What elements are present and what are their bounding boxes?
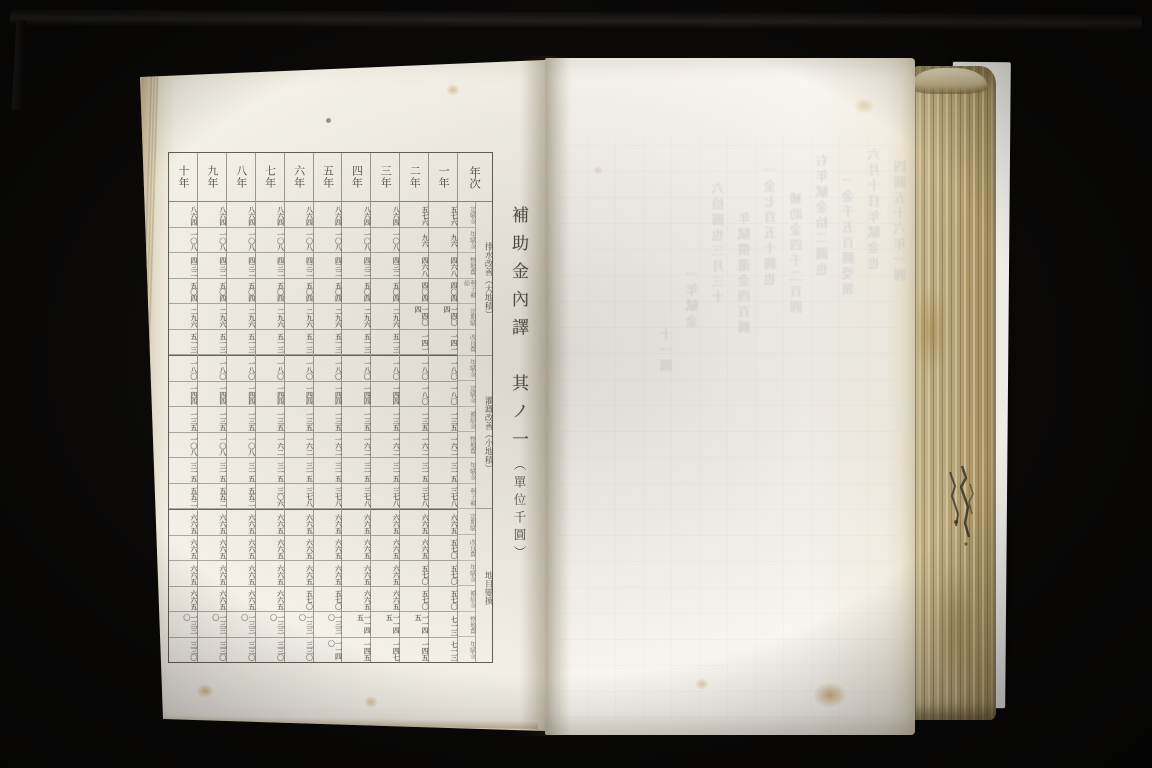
table-cell: 一三三〇	[285, 612, 313, 638]
table-cell: 一〇八	[314, 228, 342, 254]
table-cell: 一三三〇	[227, 612, 255, 638]
table-cell: 二九六	[198, 304, 226, 330]
row-group-labels: 排水改善（大地積）灌漑改善（小地積）地目變換	[476, 202, 493, 662]
table-cell: 一八〇	[429, 355, 457, 382]
table-cell: 六六五	[342, 561, 370, 587]
table-cell: 五〇四	[169, 279, 197, 305]
table-cell: 六六五	[314, 509, 342, 536]
table-cell: 六六五	[169, 536, 197, 562]
table-cell: 二九六	[314, 304, 342, 330]
table-cell: 一八〇	[314, 355, 342, 382]
table-cell: 三七八	[314, 484, 342, 510]
row-item-label: 補給金	[458, 407, 475, 433]
row-item-label: 定賦金	[458, 381, 475, 407]
row-item-label: 年賦金	[458, 356, 475, 382]
row-item-label: 定期賦	[458, 304, 475, 330]
table-cell: 六六五	[314, 536, 342, 562]
row-group-label: 排水改善（大地積）	[476, 202, 493, 356]
unit-note: （單位千圓）	[510, 458, 528, 648]
table-cell: 二九六	[256, 304, 284, 330]
table-cell: 一三五	[227, 407, 255, 433]
row-item-label: 整地費	[458, 612, 475, 638]
column-header-year: 一年	[429, 153, 457, 202]
table-cell: 五〇四	[371, 279, 399, 305]
table-cell: 一八〇	[400, 355, 428, 382]
table-cell: 五七〇	[400, 587, 428, 613]
table-cell: 一〇八	[256, 228, 284, 254]
table-cell: 六六五	[256, 587, 284, 613]
table-cell: 六六五	[285, 561, 313, 587]
column-header-year: 三年	[371, 153, 399, 202]
table-cell: 一八〇	[169, 355, 197, 382]
table-cell: 五七六	[429, 202, 457, 228]
table-cell: 二九六	[169, 304, 197, 330]
table-cell: 三〇六	[256, 484, 284, 510]
table-cell: 一〇八	[169, 228, 197, 254]
table-cell: 五七〇	[429, 587, 457, 613]
table-cell: 六六五	[400, 536, 428, 562]
table-cell: 二九六	[285, 304, 313, 330]
table-cell: 一三五	[285, 407, 313, 433]
table-cell: 五〇四	[198, 279, 226, 305]
table-cell: 一三三〇	[198, 612, 226, 638]
table-cell: 三三〇	[169, 638, 197, 663]
table-cell: 一四五	[342, 638, 370, 663]
pencil-scribble	[944, 464, 978, 584]
row-group-label: 地目變換	[476, 509, 493, 662]
year-column: 六年八六四一〇八四三二五〇四二九六五一三一八〇一四四一三五一六二三一五三七八六六…	[285, 153, 314, 662]
table-cell: 四三二	[198, 253, 226, 279]
row-item-label: 定期賦	[458, 509, 475, 535]
table-cell: 四〇四	[400, 279, 428, 305]
table-cell: 一〇八	[342, 228, 370, 254]
table-cell: 六六五	[400, 509, 428, 536]
column-header-year: 二年	[400, 153, 428, 202]
table-cell: 三一五	[169, 458, 197, 484]
table-cell: 一一四五	[342, 612, 370, 638]
table-cell: 六六五	[198, 509, 226, 536]
year-column: 五年八六四一〇八四三二五〇四二九六五一三一八〇一四四一三五一六二三一五三七八六六…	[314, 153, 343, 662]
left-page-bottom-edge	[148, 715, 538, 729]
row-item-label: 利子補	[458, 484, 475, 510]
table-cell: 三三〇	[227, 638, 255, 663]
table-cell: 一八〇	[400, 382, 428, 408]
table-cell: 七一三	[429, 612, 457, 638]
table-cell: 二九六	[342, 304, 370, 330]
table-cell: 一八〇	[342, 355, 370, 382]
table-cell: 三三〇	[198, 638, 226, 663]
table-cell: 三七八	[429, 484, 457, 510]
table-cell: 一四四	[169, 382, 197, 408]
year-column: 九年八六四一〇八四三二五〇四二九六五一三一八〇一四四一三五一〇八三一五五五二六六…	[198, 153, 227, 662]
table-cell: 一八〇	[285, 355, 313, 382]
row-item-label: 改良費	[458, 535, 475, 561]
table-cell: 四六八	[429, 253, 457, 279]
table-cell: 六六五	[169, 587, 197, 613]
table-cell: 一三五	[256, 407, 284, 433]
row-item-label: 補給金	[458, 586, 475, 612]
table-cell: 一〇八	[227, 228, 255, 254]
photograph-of-archival-book: 四圓五十六年一圓六月十日年賦金也一金千五百圓受領右年賦金拾二圓也補助金四千二百圓…	[0, 0, 1152, 768]
table-cell: 三一五	[429, 458, 457, 484]
table-cell: 一四四	[227, 382, 255, 408]
row-item-label: 改良費	[458, 330, 475, 356]
row-item-label: 年賦金	[458, 637, 475, 662]
table-cell: 三一五	[371, 458, 399, 484]
table-cell: 五七〇	[400, 561, 428, 587]
table-cell: 二九六	[227, 304, 255, 330]
table-cell: 一六二	[371, 433, 399, 459]
table-cell: 三七八	[285, 484, 313, 510]
table-cell: 一六二	[342, 433, 370, 459]
table-cell: 四六八	[400, 253, 428, 279]
table-cell: 五五二	[227, 484, 255, 510]
table-cell: 六六五	[285, 509, 313, 536]
table-cell: 六六五	[371, 509, 399, 536]
table-cell: 一八〇	[227, 355, 255, 382]
page-curl	[910, 68, 988, 94]
table-cell: 一三三〇	[169, 612, 197, 638]
table-cell: 一八〇	[429, 382, 457, 408]
stain	[853, 98, 875, 114]
table-cell: 一三五	[198, 407, 226, 433]
table-cell: 五五二	[198, 484, 226, 510]
table-cell: 六六五	[342, 509, 370, 536]
display-tray-edge-left	[12, 20, 27, 110]
right-page: 四圓五十六年一圓六月十日年賦金也一金千五百圓受領右年賦金拾二圓也補助金四千二百圓…	[545, 58, 915, 735]
table-cell: 三三〇	[256, 638, 284, 663]
column-header-year: 九年	[198, 153, 226, 202]
table-cell: 六六五	[256, 536, 284, 562]
table-cell: 五〇四	[256, 279, 284, 305]
table-cell: 一三五	[169, 407, 197, 433]
stain	[364, 696, 378, 708]
table-cell: 一四四	[371, 382, 399, 408]
table-cell: 四三二	[342, 253, 370, 279]
table-cell: 一四四	[285, 382, 313, 408]
table-cell: 四三二	[285, 253, 313, 279]
table-cell: 八六四	[314, 202, 342, 228]
table-cell: 一三五	[400, 407, 428, 433]
table-cell: 一六二	[400, 433, 428, 459]
year-column: 七年八六四一〇八四三二五〇四二九六五一三一八〇一四四一三五一六二三一五三〇六六六…	[256, 153, 285, 662]
table-cell: 一〇八	[285, 228, 313, 254]
row-item-label: 年賦金	[458, 228, 475, 254]
fore-edge-stain	[936, 566, 976, 686]
faint-ruled-grid	[559, 138, 895, 718]
table-cell: 一〇八	[198, 228, 226, 254]
table-cell: 一八〇	[256, 355, 284, 382]
table-cell: 二九六	[371, 304, 399, 330]
table-cell: 三一五	[256, 458, 284, 484]
table-cell: 六六五	[429, 509, 457, 536]
table-cell: 六六五	[371, 536, 399, 562]
row-item-labels: 定賦金年賦金整地費利子補給定期賦改良費年賦金定賦金補給金整地費年賦金利子補定期賦…	[458, 202, 476, 662]
table-cell: 一四五	[400, 638, 428, 663]
table-cell: 八六四	[227, 202, 255, 228]
table-cell: 六六五	[198, 561, 226, 587]
table-cell: 八六四	[256, 202, 284, 228]
table-cell: 一四四	[314, 382, 342, 408]
table-cell: 八六四	[285, 202, 313, 228]
table-cell: 五一三	[169, 330, 197, 356]
table-cell: 一八〇	[371, 355, 399, 382]
table-cell: 一三五	[371, 407, 399, 433]
table-cell: 一四一	[400, 330, 428, 356]
table-cell: 六六五	[371, 587, 399, 613]
table-cell: 三一五	[227, 458, 255, 484]
left-page: 十年八六四一〇八四三二五〇四二九六五一三一八〇一四四一三五一〇八三一五五五二六六…	[138, 60, 545, 732]
row-item-label: 利子補給	[458, 279, 475, 305]
year-column: 四年八六四一〇八四三二五〇四二九六五一三一八〇一四四一三五一六二三一五三七八六六…	[342, 153, 371, 662]
row-item-label: 年賦金	[458, 561, 475, 587]
table-cell: 一〇八	[371, 228, 399, 254]
subsidy-breakdown-table: 十年八六四一〇八四三二五〇四二九六五一三一八〇一四四一三五一〇八三一五五五二六六…	[168, 152, 493, 663]
row-group-label: 灌漑改善（小地積）	[476, 356, 493, 510]
year-column: 一年五七六九六四六八四〇四一四〇四一四一一八〇一八〇一三五一六二三一五三七八六六…	[429, 153, 458, 662]
table-cell: 六六五	[169, 561, 197, 587]
table-cell: 一六二	[429, 433, 457, 459]
table-cell: 一三三〇	[256, 612, 284, 638]
table-cell: 五〇四	[285, 279, 313, 305]
table-cell: 六六五	[198, 536, 226, 562]
row-item-label: 年賦金	[458, 458, 475, 484]
table-cell: 九六	[429, 228, 457, 254]
table-header-column: 年次定賦金年賦金整地費利子補給定期賦改良費年賦金定賦金補給金整地費年賦金利子補定…	[458, 153, 492, 662]
column-header-year: 五年	[314, 153, 342, 202]
table-cell: 五一三	[314, 330, 342, 356]
table-cell: 一八〇	[198, 355, 226, 382]
table-cell: 一三五	[314, 407, 342, 433]
table-cell: 八六四	[169, 202, 197, 228]
table-cell: 五〇四	[342, 279, 370, 305]
column-header-year: 四年	[342, 153, 370, 202]
row-item-label: 整地費	[458, 432, 475, 458]
table-cell: 一一四〇	[314, 638, 342, 663]
stain	[326, 118, 331, 123]
table-cell: 八六四	[198, 202, 226, 228]
table-cell: 六六五	[285, 536, 313, 562]
table-cell: 四三二	[227, 253, 255, 279]
table-cell: 四三二	[169, 253, 197, 279]
table-cell: 五七〇	[429, 561, 457, 587]
row-item-label: 定賦金	[458, 202, 475, 228]
table-cell: 五一三	[342, 330, 370, 356]
table-cell: 六六五	[342, 536, 370, 562]
year-column: 十年八六四一〇八四三二五〇四二九六五一三一八〇一四四一三五一〇八三一五五五二六六…	[169, 153, 198, 662]
table-cell: 五〇四	[227, 279, 255, 305]
column-header-year: 十年	[169, 153, 197, 202]
table-cell: 八六四	[342, 202, 370, 228]
table-cell: 五一三	[227, 330, 255, 356]
row-item-label: 整地費	[458, 253, 475, 279]
table-cell: 九六	[400, 228, 428, 254]
year-column: 二年五七六九六四六八四〇四一四〇四一四一一八〇一八〇一三五一六二三一五三七八六六…	[400, 153, 429, 662]
table-cell: 六六五	[371, 561, 399, 587]
table-cell: 一六二	[285, 433, 313, 459]
table-cell: 六六五	[227, 587, 255, 613]
table-cell: 三一五	[342, 458, 370, 484]
table-cell: 一四四	[198, 382, 226, 408]
table-cell: 三一五	[198, 458, 226, 484]
table-cell: 一三三〇	[314, 612, 342, 638]
table-cell: 五七〇	[429, 536, 457, 562]
table-cell: 五五二	[169, 484, 197, 510]
table-cell: 三一五	[285, 458, 313, 484]
table-cell: 五一三	[198, 330, 226, 356]
bleedthrough-column: 四圓五十六年一圓	[894, 160, 907, 714]
fore-edge-stain	[914, 286, 948, 376]
table-cell: 六六五	[342, 587, 370, 613]
table-cell: 五一三	[256, 330, 284, 356]
table-cell: 五七〇	[285, 587, 313, 613]
table-cell: 六六五	[314, 561, 342, 587]
stain	[446, 84, 460, 96]
table-cell: 六六五	[227, 509, 255, 536]
table-cell: 一四四	[342, 382, 370, 408]
table-cell: 一四〇四	[400, 304, 428, 330]
table-cell: 一六二	[256, 433, 284, 459]
page-stack-fore-edge	[906, 66, 996, 720]
column-header-year: 六年	[285, 153, 313, 202]
year-column: 三年八六四一〇八四三二五〇四二九六五一三一八〇一四四一三五一六二三一五三七八六六…	[371, 153, 400, 662]
table-cell: 三三〇	[285, 638, 313, 663]
column-header-year: 八年	[227, 153, 255, 202]
table-cell: 五一三	[371, 330, 399, 356]
stain	[196, 684, 214, 698]
table-cell: 五〇四	[314, 279, 342, 305]
table-cell: 一四七	[371, 638, 399, 663]
table-cell: 一〇八	[169, 433, 197, 459]
column-header-year: 七年	[256, 153, 284, 202]
table-cell: 四三二	[256, 253, 284, 279]
table-cell: 一一四五	[371, 612, 399, 638]
table-cell: 三七八	[371, 484, 399, 510]
table-cell: 六六五	[256, 561, 284, 587]
table-cell: 一四一	[429, 330, 457, 356]
table-cell: 五七六	[400, 202, 428, 228]
table-cell: 三七八	[342, 484, 370, 510]
table-cell: 一〇八	[198, 433, 226, 459]
table-cell: 六六五	[198, 587, 226, 613]
table-cell: 三一五	[400, 458, 428, 484]
table-cell: 一〇八	[227, 433, 255, 459]
table-cell: 一三五	[429, 407, 457, 433]
table-cell: 四〇四	[429, 279, 457, 305]
table-cell: 四三二	[314, 253, 342, 279]
table-cell: 一四四	[256, 382, 284, 408]
table-cell: 一一四五	[400, 612, 428, 638]
table-cell: 三七八	[400, 484, 428, 510]
table-cell: 一三五	[342, 407, 370, 433]
table-cell: 六六五	[169, 509, 197, 536]
table-cell: 五七〇	[314, 587, 342, 613]
table-cell: 五一三	[285, 330, 313, 356]
table-cell: 六六五	[227, 536, 255, 562]
table-cell: 七一三	[429, 638, 457, 663]
table-cell: 六六五	[227, 561, 255, 587]
table-cell: 一六二	[314, 433, 342, 459]
year-column: 八年八六四一〇八四三二五〇四二九六五一三一八〇一四四一三五一〇八三一五五五二六六…	[227, 153, 256, 662]
table-cell: 一四〇四	[429, 304, 457, 330]
table-cell: 三一五	[314, 458, 342, 484]
display-tray-edge	[10, 10, 1142, 31]
table-cell: 六六五	[256, 509, 284, 536]
table-cell: 八六四	[371, 202, 399, 228]
table-cell: 四三二	[371, 253, 399, 279]
corner-header: 年次	[458, 153, 492, 202]
